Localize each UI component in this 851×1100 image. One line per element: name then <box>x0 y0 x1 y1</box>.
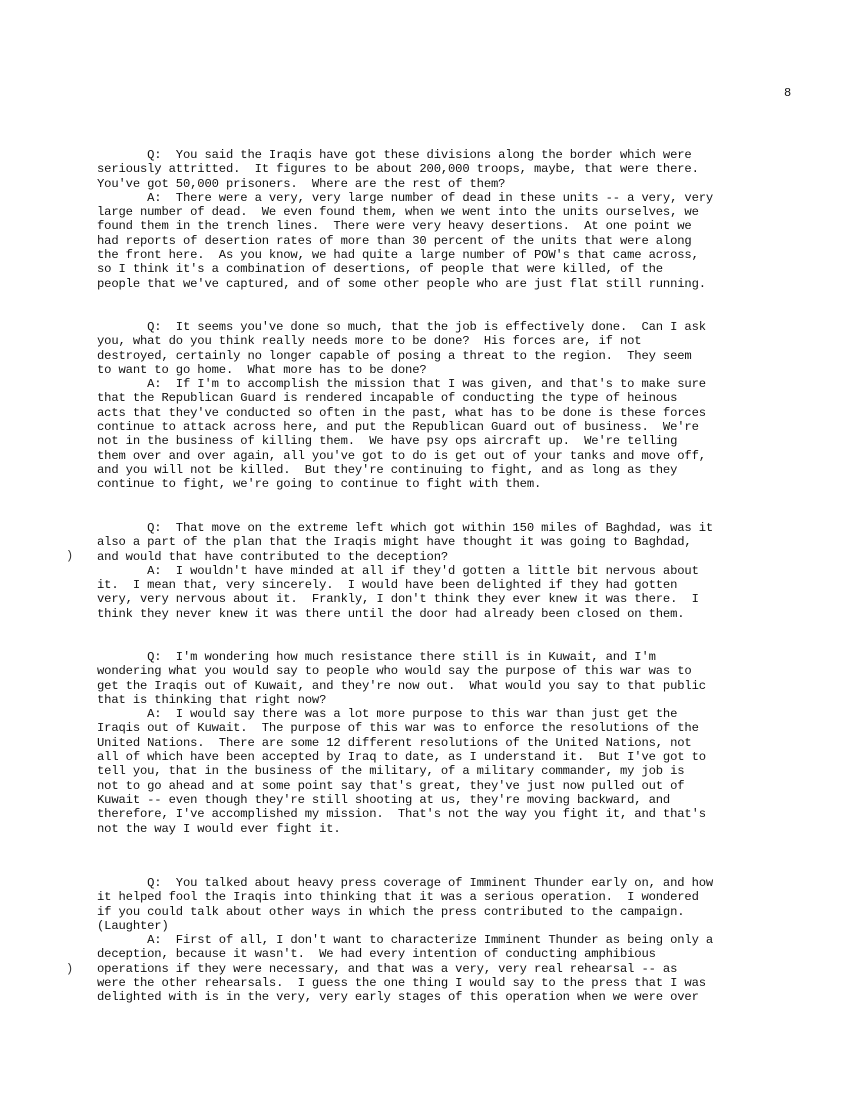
exchange-3: Q: That move on the extreme left which g… <box>97 521 713 621</box>
text-line: You've got 50,000 prisoners. Where are t… <box>97 177 713 191</box>
text-line: had reports of desertion rates of more t… <box>97 234 713 248</box>
text-line: think they never knew it was there until… <box>97 607 713 621</box>
text-line: A: I wouldn't have minded at all if they… <box>97 564 713 578</box>
text-line: A: If I'm to accomplish the mission that… <box>97 377 706 391</box>
text-line: so I think it's a combination of deserti… <box>97 262 713 276</box>
text-line: that is thinking that right now? <box>97 693 706 707</box>
text-line: delighted with is in the very, very earl… <box>97 990 713 1004</box>
text-line: deception, because it wasn't. We had eve… <box>97 947 713 961</box>
text-line: large number of dead. We even found them… <box>97 205 713 219</box>
text-line: Q: That move on the extreme left which g… <box>97 521 713 535</box>
text-line: United Nations. There are some 12 differ… <box>97 736 706 750</box>
margin-mark: ) <box>66 962 73 976</box>
text-line: A: There were a very, very large number … <box>97 191 713 205</box>
text-line: operations if they were necessary, and t… <box>97 962 713 976</box>
text-line: people that we've captured, and of some … <box>97 277 713 291</box>
text-line: (Laughter) <box>97 919 713 933</box>
text-line: that the Republican Guard is rendered in… <box>97 391 706 405</box>
text-line: Iraqis out of Kuwait. The purpose of thi… <box>97 721 706 735</box>
exchange-1: Q: You said the Iraqis have got these di… <box>97 148 713 291</box>
text-line: Q: You talked about heavy press coverage… <box>97 876 713 890</box>
text-line: not in the business of killing them. We … <box>97 434 706 448</box>
text-line: A: First of all, I don't want to charact… <box>97 933 713 947</box>
text-line: were the other rehearsals. I guess the o… <box>97 976 713 990</box>
text-line: wondering what you would say to people w… <box>97 664 706 678</box>
text-line: get the Iraqis out of Kuwait, and they'r… <box>97 679 706 693</box>
text-line: Q: It seems you've done so much, that th… <box>97 320 706 334</box>
text-line: if you could talk about other ways in wh… <box>97 905 713 919</box>
text-line: acts that they've conducted so often in … <box>97 406 706 420</box>
text-line: all of which have been accepted by Iraq … <box>97 750 706 764</box>
text-line: seriously attritted. It figures to be ab… <box>97 162 713 176</box>
text-line: Q: I'm wondering how much resistance the… <box>97 650 706 664</box>
exchange-5: Q: You talked about heavy press coverage… <box>97 876 713 1005</box>
text-line: and would that have contributed to the d… <box>97 550 713 564</box>
text-line: tell you, that in the business of the mi… <box>97 764 706 778</box>
page-number: 8 <box>784 86 791 100</box>
margin-mark: ) <box>66 549 73 563</box>
text-line: it helped fool the Iraqis into thinking … <box>97 890 713 904</box>
exchange-2: Q: It seems you've done so much, that th… <box>97 320 706 492</box>
text-line: Q: You said the Iraqis have got these di… <box>97 148 713 162</box>
text-line: them over and over again, all you've got… <box>97 449 706 463</box>
text-line: not to go ahead and at some point say th… <box>97 779 706 793</box>
text-line: and you will not be killed. But they're … <box>97 463 706 477</box>
text-line: also a part of the plan that the Iraqis … <box>97 535 713 549</box>
text-line: the front here. As you know, we had quit… <box>97 248 713 262</box>
text-line: found them in the trench lines. There we… <box>97 219 713 233</box>
text-line: continue to fight, we're going to contin… <box>97 477 706 491</box>
text-line: Kuwait -- even though they're still shoo… <box>97 793 706 807</box>
text-line: you, what do you think really needs more… <box>97 334 706 348</box>
text-line: very, very nervous about it. Frankly, I … <box>97 592 713 606</box>
text-line: therefore, I've accomplished my mission.… <box>97 807 706 821</box>
text-line: A: I would say there was a lot more purp… <box>97 707 706 721</box>
text-line: destroyed, certainly no longer capable o… <box>97 349 706 363</box>
text-line: continue to attack across here, and put … <box>97 420 706 434</box>
text-line: to want to go home. What more has to be … <box>97 363 706 377</box>
text-line: not the way I would ever fight it. <box>97 822 706 836</box>
exchange-4: Q: I'm wondering how much resistance the… <box>97 650 706 836</box>
text-line: it. I mean that, very sincerely. I would… <box>97 578 713 592</box>
